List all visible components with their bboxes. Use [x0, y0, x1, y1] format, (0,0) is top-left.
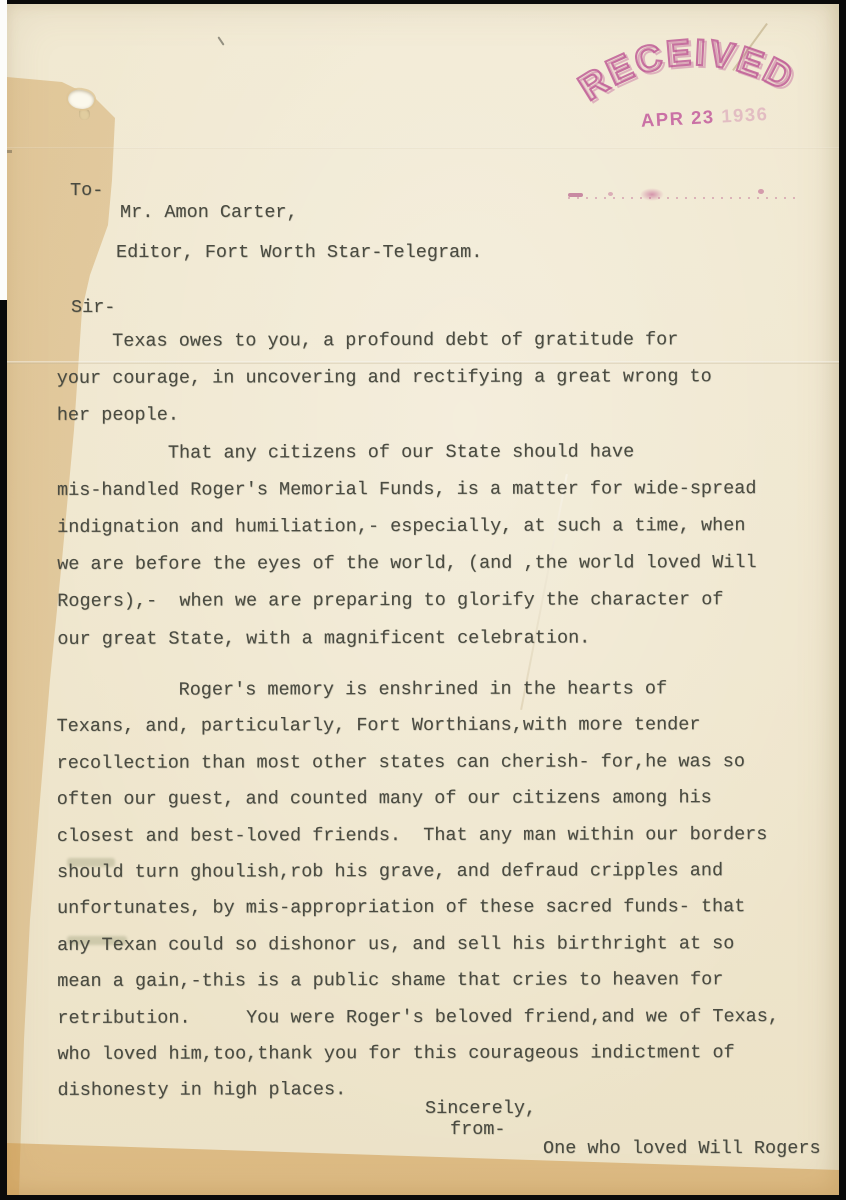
closing-line: Sincerely, — [425, 1100, 536, 1119]
letter-line: Texas owes to you, a profound debt of gr… — [57, 321, 757, 360]
letter-line: unfortunates, by mis-appropriation of th… — [57, 889, 779, 927]
to-label: To- — [70, 182, 103, 201]
letter-line: often our guest, and counted many of our… — [57, 780, 779, 818]
stamp-date: APR 23 1936 — [640, 103, 769, 131]
stamp-date-month-day: APR 23 — [640, 106, 721, 131]
paper-crease — [7, 147, 839, 149]
letter-paper: RECEIVED RECEIVED APR 23 1936 To- Mr. Am… — [7, 4, 839, 1195]
letter-line: dishonesty in high places. — [57, 1072, 779, 1110]
letter-line: indignation and humiliation,- especially… — [57, 507, 757, 546]
from-label: from- — [450, 1121, 506, 1140]
ink-speck — [217, 36, 224, 45]
stamp-date-year: 1936 — [721, 103, 769, 126]
letter-line: her people. — [57, 395, 757, 434]
salutation: Sir- — [71, 299, 115, 318]
letter-line: recollection than most other states can … — [57, 744, 779, 782]
letter-line: closest and best-loved friends. That any… — [57, 817, 779, 855]
paper-tear — [79, 108, 90, 120]
letter-line: who loved him,too,thank you for this cou… — [57, 1035, 779, 1073]
letter-line: Roger's memory is enshrined in the heart… — [56, 671, 778, 709]
letter-body-block-1: Texas owes to you, a profound debt of gr… — [57, 321, 757, 658]
letter-line: mean a gain,-this is a public shame that… — [57, 962, 779, 1000]
letter-line: any Texan could so dishonor us, and sell… — [57, 926, 779, 964]
letter-line: retribution. You were Roger's beloved fr… — [57, 999, 779, 1037]
letter-line: should turn ghoulish,rob his grave, and … — [57, 853, 779, 891]
ink-speck — [7, 150, 12, 153]
letter-line: we are before the eyes of the world, (an… — [57, 544, 757, 583]
letter-line: mis-handled Roger's Memorial Funds, is a… — [57, 470, 757, 509]
faded-stamp-smudge — [568, 188, 800, 206]
signature-line: One who loved Will Rogers — [543, 1140, 821, 1159]
letter-line: your courage, in uncovering and rectifyi… — [57, 358, 757, 397]
letter-line: That any citizens of our State should ha… — [57, 433, 757, 472]
recipient-title: Editor, Fort Worth Star-Telegram. — [116, 244, 482, 263]
smudge-dot — [608, 192, 613, 196]
recipient-name: Mr. Amon Carter, — [120, 204, 298, 223]
scan-edge-sliver — [0, 0, 7, 300]
smudge-dots — [568, 197, 800, 199]
letter-line: Rogers),- when we are preparing to glori… — [57, 582, 757, 621]
received-stamp: RECEIVED RECEIVED APR 23 1936 — [553, 28, 813, 132]
scanned-letter-screenshot: { "stamp": { "received_label": "RECEIVED… — [0, 0, 846, 1200]
letter-line: our great State, with a magnificent cele… — [57, 619, 757, 658]
letter-body-block-2: Roger's memory is enshrined in the heart… — [56, 671, 779, 1110]
smudge-dot — [758, 189, 764, 194]
smudge-blob — [640, 188, 664, 201]
letter-line: Texans, and, particularly, Fort Worthian… — [57, 707, 779, 745]
